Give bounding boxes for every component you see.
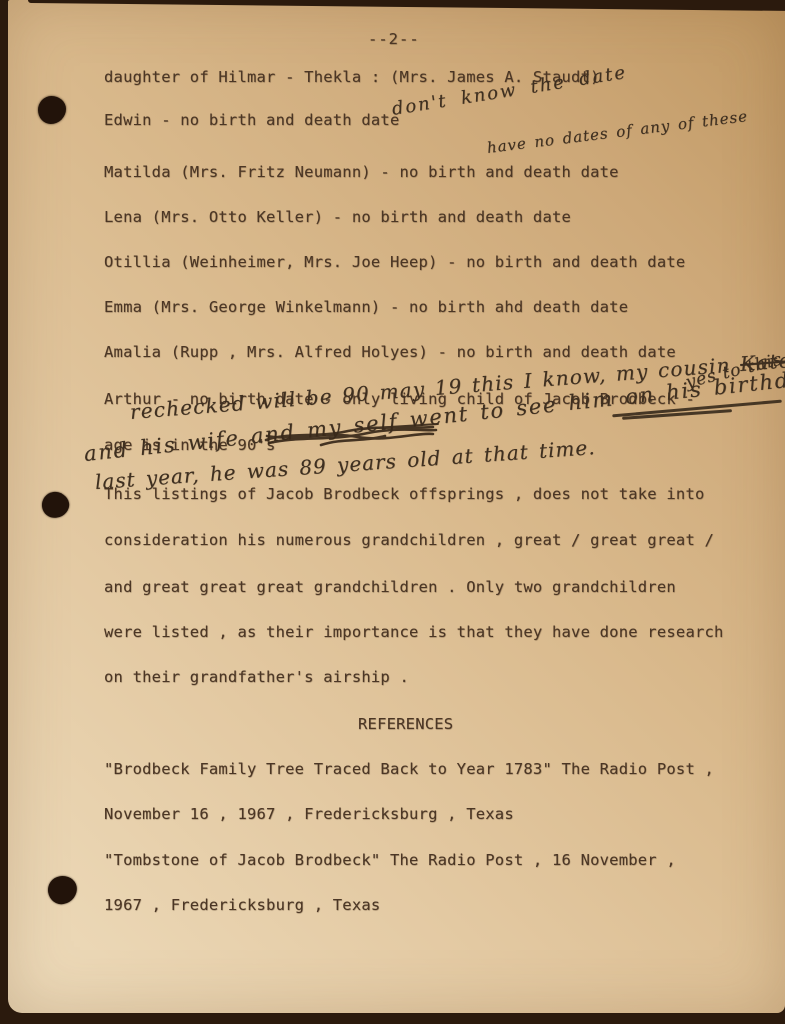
reference-line-3: "Tombstone of Jacob Brodbeck" The Radio … [104, 851, 676, 869]
typed-line-edwin: Edwin - no birth and death date [104, 111, 400, 129]
typed-line-paragraph-1: This listings of Jacob Brodbeck offsprin… [104, 485, 705, 503]
reference-line-1: "Brodbeck Family Tree Traced Back to Yea… [104, 760, 714, 778]
reference-line-4: 1967 , Fredericksburg , Texas [104, 896, 380, 914]
reference-line-2: November 16 , 1967 , Fredericksburg , Te… [104, 805, 514, 823]
typed-line-paragraph-5: on their grandfather's airship . [104, 668, 409, 686]
typed-line-paragraph-2: consideration his numerous grandchildren… [104, 531, 714, 549]
typed-line-matilda: Matilda (Mrs. Fritz Neumann) - no birth … [104, 163, 619, 181]
typed-line-emma: Emma (Mrs. George Winkelmann) - no birth… [104, 298, 628, 316]
typed-line-amalia: Amalia (Rupp , Mrs. Alfred Holyes) - no … [104, 343, 676, 361]
scribble-crossout [263, 421, 441, 449]
references-heading: REFERENCES [358, 715, 453, 733]
typed-line-lena: Lena (Mrs. Otto Keller) - no birth and d… [104, 208, 571, 226]
typed-line-paragraph-4: were listed , as their importance is tha… [104, 623, 724, 641]
scanned-document-photo: --2-- daughter of Hilmar - Thekla : (Mrs… [0, 0, 785, 1024]
typed-line-otillia: Otillia (Weinheimer, Mrs. Joe Heep) - no… [104, 253, 685, 271]
page-number: --2-- [368, 30, 420, 48]
typed-line-paragraph-3: and great great great grandchildren . On… [104, 578, 676, 596]
